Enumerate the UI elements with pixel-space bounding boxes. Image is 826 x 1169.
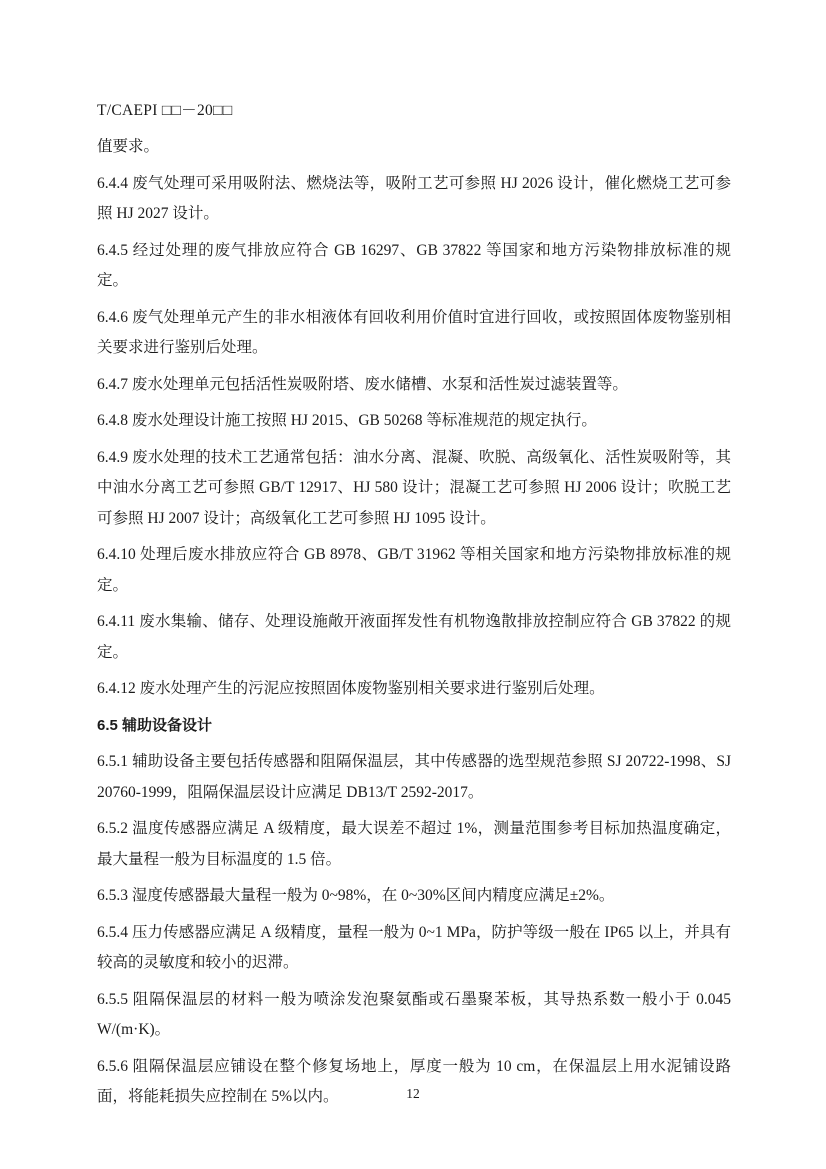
- paragraph-6-5-3: 6.5.3 湿度传感器最大量程一般为 0~98%，在 0~30%区间内精度应满足…: [97, 881, 731, 912]
- page-footer: 12: [0, 1085, 826, 1103]
- paragraph-6-4-7: 6.4.7 废水处理单元包括活性炭吸附塔、废水储槽、水泵和活性炭过滤装置等。: [97, 370, 731, 401]
- paragraph-6-5-5: 6.5.5 阻隔保温层的材料一般为喷涂发泡聚氨酯或石墨聚苯板，其导热系数一般小于…: [97, 985, 731, 1046]
- paragraph-6-4-5: 6.4.5 经过处理的废气排放应符合 GB 16297、GB 37822 等国家…: [97, 236, 731, 297]
- paragraph-6-5-2: 6.5.2 温度传感器应满足 A 级精度，最大误差不超过 1%，测量范围参考目标…: [97, 814, 731, 875]
- paragraph-6-4-11: 6.4.11 废水集输、储存、处理设施敞开液面挥发性有机物逸散排放控制应符合 G…: [97, 607, 731, 668]
- document-body: 值要求。 6.4.4 废气处理可采用吸附法、燃烧法等，吸附工艺可参照 HJ 20…: [97, 132, 731, 1119]
- paragraph-6-4-8: 6.4.8 废水处理设计施工按照 HJ 2015、GB 50268 等标准规范的…: [97, 406, 731, 437]
- paragraph-6-4-12: 6.4.12 废水处理产生的污泥应按照固体废物鉴别相关要求进行鉴别后处理。: [97, 674, 731, 705]
- document-page: T/CAEPI □□－20□□ 值要求。 6.4.4 废气处理可采用吸附法、燃烧…: [0, 0, 826, 1169]
- section-heading-6-5: 6.5 辅助设备设计: [97, 711, 731, 742]
- page-header: T/CAEPI □□－20□□: [97, 100, 731, 122]
- standard-number: T/CAEPI □□－20□□: [97, 102, 232, 119]
- paragraph-6-5-4: 6.5.4 压力传感器应满足 A 级精度，量程一般为 0~1 MPa，防护等级一…: [97, 918, 731, 979]
- paragraph-6-4-9: 6.4.9 废水处理的技术工艺通常包括：油水分离、混凝、吹脱、高级氧化、活性炭吸…: [97, 443, 731, 535]
- page-number: 12: [406, 1086, 420, 1101]
- paragraph-6-4-4: 6.4.4 废气处理可采用吸附法、燃烧法等，吸附工艺可参照 HJ 2026 设计…: [97, 169, 731, 230]
- paragraph-6-5-6: 6.5.6 阻隔保温层应铺设在整个修复场地上，厚度一般为 10 cm，在保温层上…: [97, 1052, 731, 1113]
- paragraph-6-5-1: 6.5.1 辅助设备主要包括传感器和阻隔保温层，其中传感器的选型规范参照 SJ …: [97, 747, 731, 808]
- paragraph-6-4-6: 6.4.6 废气处理单元产生的非水相液体有回收利用价值时宜进行回收，或按照固体废…: [97, 303, 731, 364]
- paragraph-continuation: 值要求。: [97, 132, 731, 163]
- paragraph-6-4-10: 6.4.10 处理后废水排放应符合 GB 8978、GB/T 31962 等相关…: [97, 540, 731, 601]
